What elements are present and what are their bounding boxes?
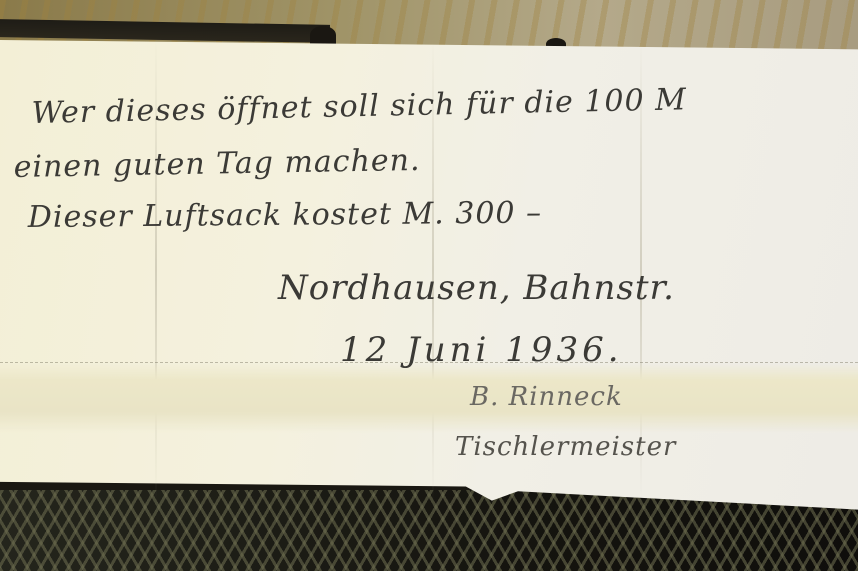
note-line-3: Dieser Luftsack kostet M. 300 – (28, 196, 543, 235)
dark-knob (310, 26, 336, 44)
dark-edge (0, 19, 330, 43)
note-signer-title: Tischlermeister (455, 432, 676, 462)
note-place: Nordhausen, Bahnstr. (278, 268, 675, 308)
note-date: 12 Juni 1936. (340, 330, 623, 370)
note-signature: B. Rinneck (470, 382, 623, 412)
torn-tape-strip (0, 362, 858, 433)
note-line-2: einen guten Tag machen. (13, 143, 420, 185)
